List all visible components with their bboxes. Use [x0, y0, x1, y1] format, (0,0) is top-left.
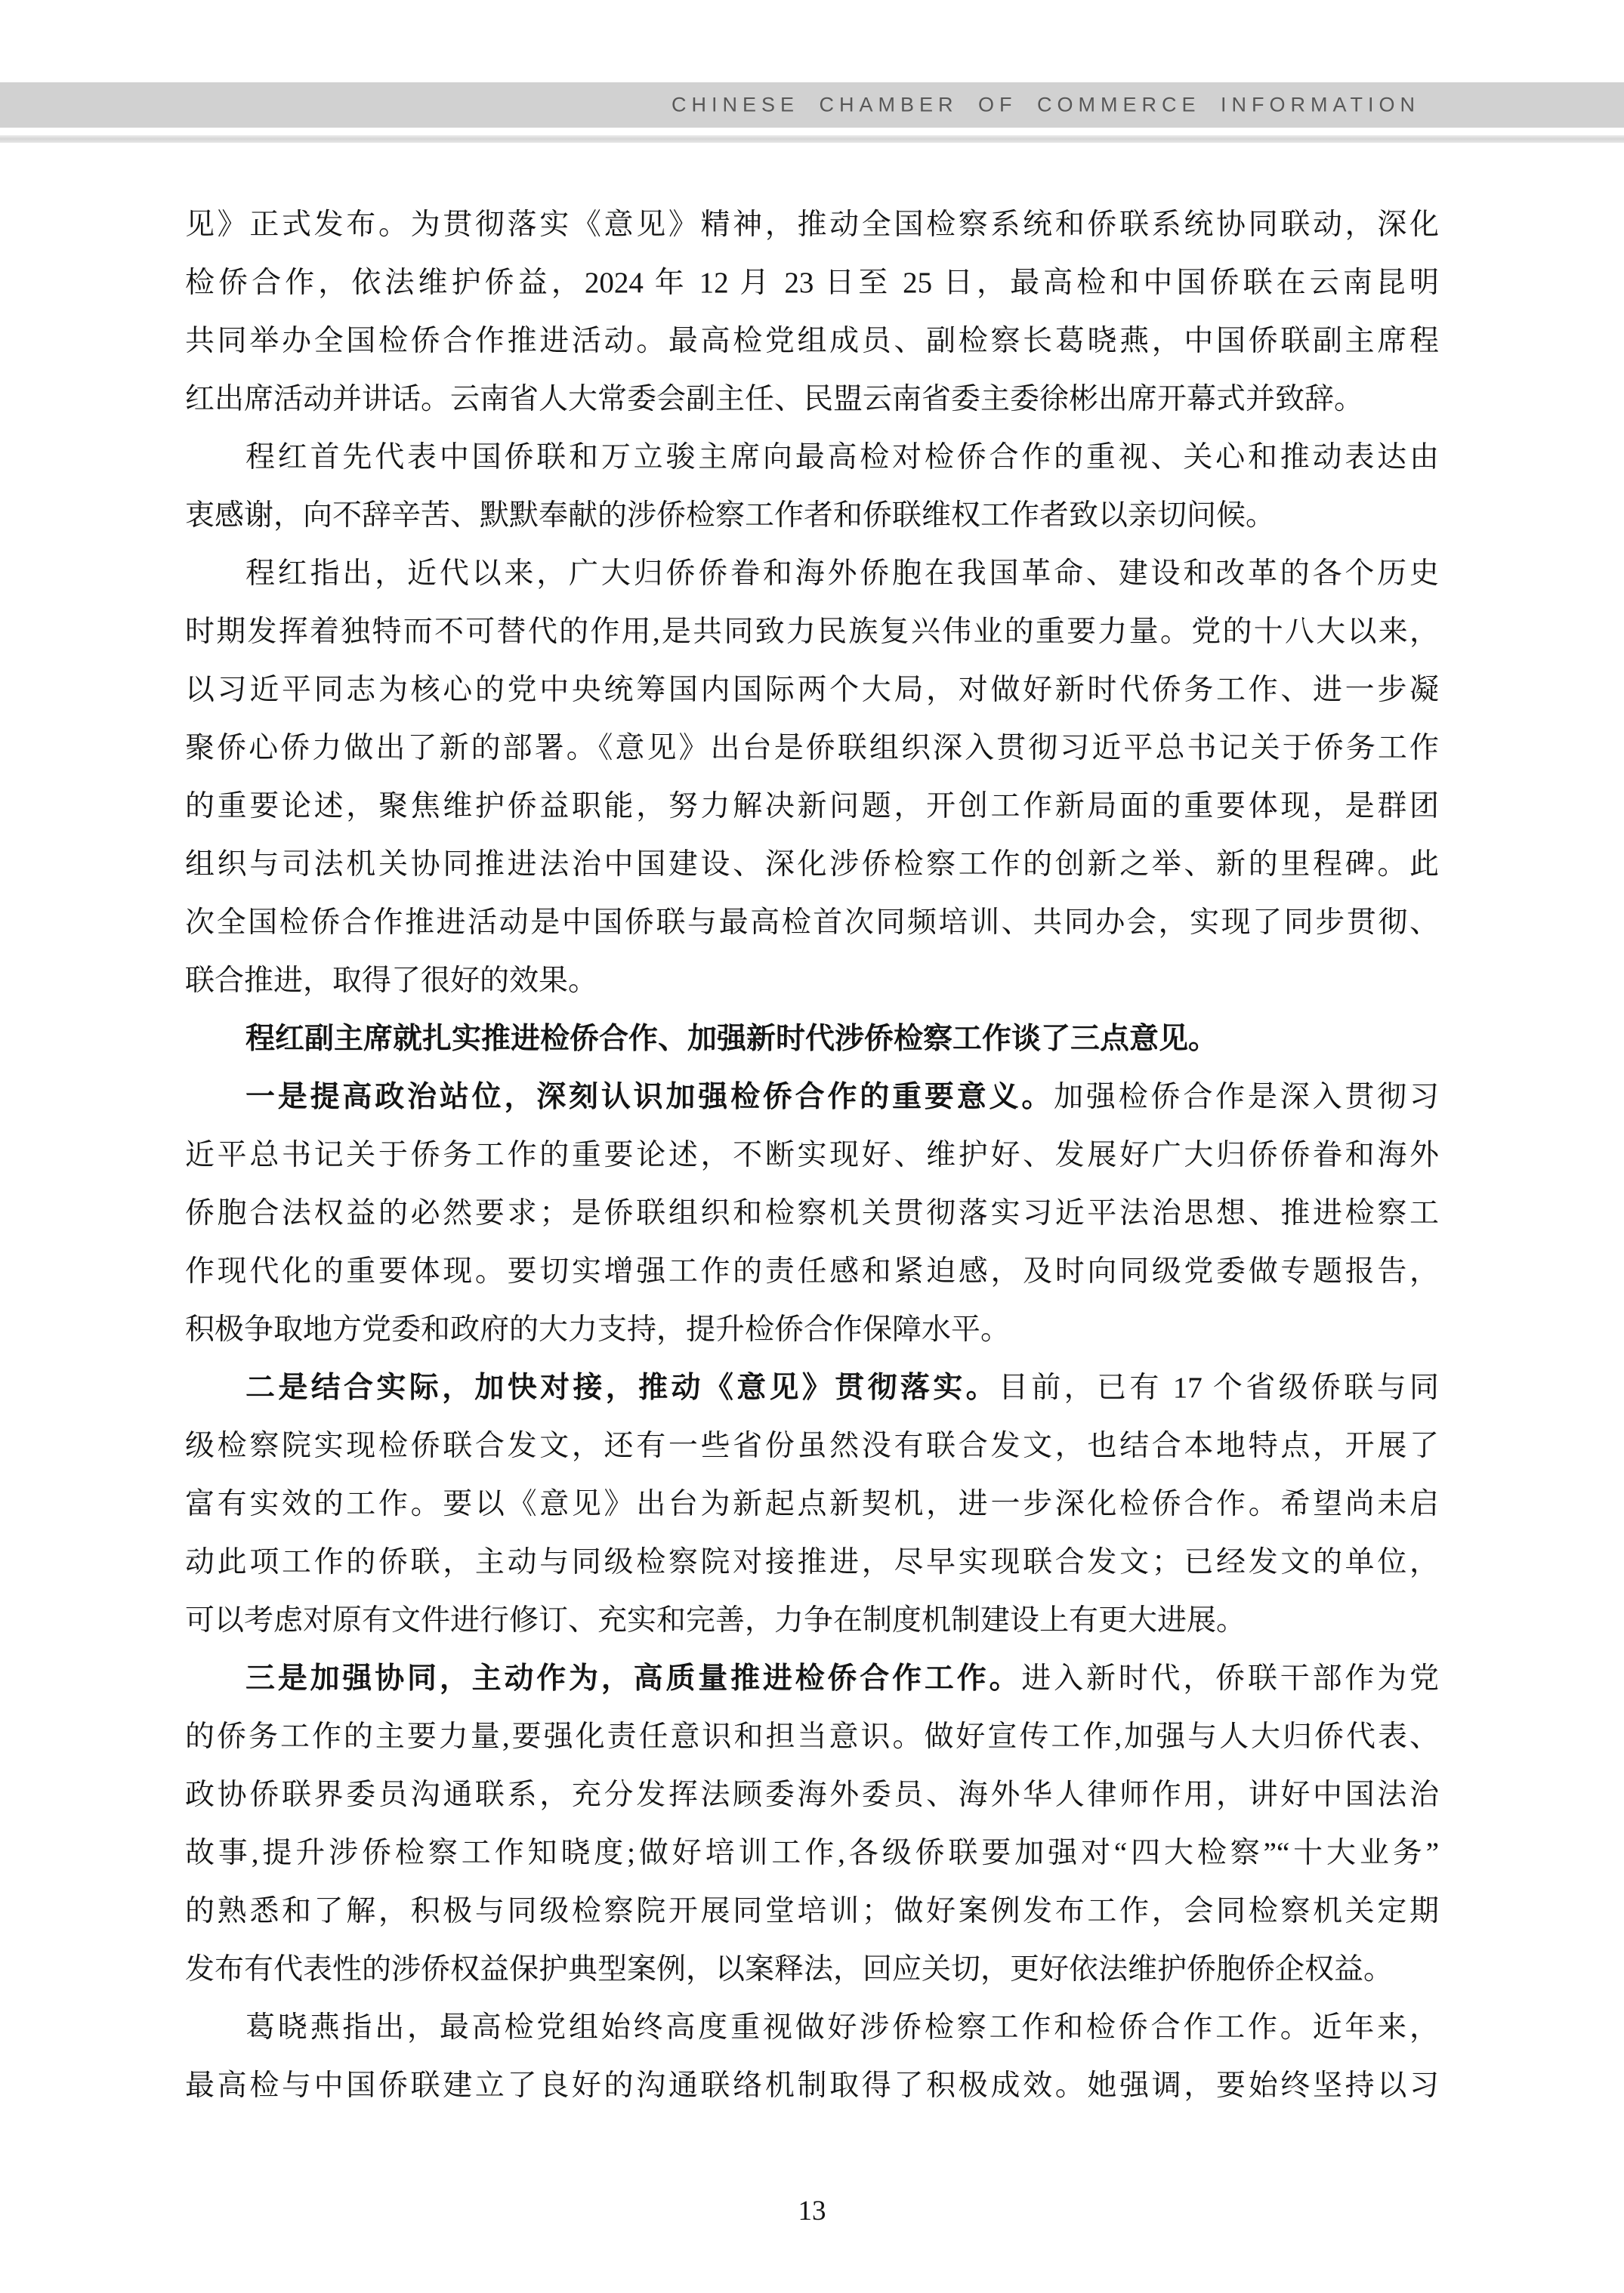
- text-segment: 动此项工作的侨联，主动与同级检察院对接推进，尽早实现联合发文；已经发文的单位，: [185, 1546, 1439, 1579]
- header-rule: [0, 135, 1624, 143]
- text-line: 聚侨心侨力做出了新的部署。《意见》出台是侨联组织深入贯彻习近平总书记关于侨务工作: [185, 719, 1439, 777]
- text-segment: 三是加强协同，主动作为，高质量推进检侨合作工作。: [245, 1662, 1021, 1695]
- text-line: 级检察院实现检侨联合发文，还有一些省份虽然没有联合发文，也结合本地特点，开展了: [185, 1417, 1439, 1475]
- article-body: 见》正式发布。为贯彻落实《意见》精神，推动全国检察系统和侨联系统协同联动，深化检…: [185, 196, 1439, 2115]
- text-segment: 二是结合实际，加快对接，推动《意见》贯彻落实。: [245, 1372, 999, 1404]
- text-line: 政协侨联界委员沟通联系，充分发挥法顾委海外委员、海外华人律师作用，讲好中国法治: [185, 1766, 1439, 1824]
- document-page: CHINESE CHAMBER OF COMMERCE INFORMATION …: [0, 0, 1624, 2293]
- text-line: 联合推进，取得了很好的效果。: [185, 952, 1439, 1010]
- text-segment: 作现代化的重要体现。要切实增强工作的责任感和紧迫感，及时向同级党委做专题报告，: [185, 1255, 1439, 1288]
- text-segment: 发布有代表性的涉侨权益保护典型案例，以案释法，回应关切，更好依法维护侨胞侨企权益…: [185, 1953, 1393, 1986]
- text-line: 共同举办全国检侨合作推进活动。最高检党组成员、副检察长葛晓燕，中国侨联副主席程: [185, 312, 1439, 370]
- text-line: 检侨合作，依法维护侨益，2024 年 12 月 23 日至 25 日，最高检和中…: [185, 254, 1439, 312]
- text-segment: 的重要论述，聚焦维护侨益职能，努力解决新问题，开创工作新局面的重要体现，是群团: [185, 790, 1439, 822]
- text-segment: 红出席活动并讲话。云南省人大常委会副主任、民盟云南省委主委徐彬出席开幕式并致辞。: [185, 383, 1363, 415]
- text-segment: 聚侨心侨力做出了新的部署。《意见》出台是侨联组织深入贯彻习近平总书记关于侨务工作: [185, 732, 1439, 764]
- page-footer: 13: [0, 2195, 1624, 2227]
- text-line: 三是加强协同，主动作为，高质量推进检侨合作工作。进入新时代，侨联干部作为党: [185, 1650, 1439, 1708]
- text-line: 程红首先代表中国侨联和万立骏主席向最高检对检侨合作的重视、关心和推动表达由: [185, 428, 1439, 486]
- text-line: 的熟悉和了解，积极与同级检察院开展同堂培训；做好案例发布工作，会同检察机关定期: [185, 1882, 1439, 1940]
- text-segment: 葛晓燕指出，最高检党组始终高度重视做好涉侨检察工作和检侨合作工作。近年来，: [245, 2011, 1439, 2044]
- text-segment: 一是提高政治站位，深刻认识加强检侨合作的重要意义。: [245, 1081, 1054, 1113]
- text-line: 衷感谢，向不辞辛苦、默默奉献的涉侨检察工作者和侨联维权工作者致以亲切问候。: [185, 486, 1439, 545]
- text-segment: 见》正式发布。为贯彻落实《意见》精神，推动全国检察系统和侨联系统协同联动，深化: [185, 208, 1439, 241]
- text-segment: 故事,提升涉侨检察工作知晓度;做好培训工作,各级侨联要加强对“四大检察”“十大业…: [185, 1837, 1439, 1869]
- text-line: 组织与司法机关协同推进法治中国建设、深化涉侨检察工作的创新之举、新的里程碑。此: [185, 835, 1439, 893]
- text-line: 故事,提升涉侨检察工作知晓度;做好培训工作,各级侨联要加强对“四大检察”“十大业…: [185, 1824, 1439, 1882]
- text-segment: 级检察院实现检侨联合发文，还有一些省份虽然没有联合发文，也结合本地特点，开展了: [185, 1430, 1439, 1462]
- text-segment: 联合推进，取得了很好的效果。: [185, 964, 597, 997]
- text-line: 作现代化的重要体现。要切实增强工作的责任感和紧迫感，及时向同级党委做专题报告，: [185, 1242, 1439, 1301]
- header-banner-text: CHINESE CHAMBER OF COMMERCE INFORMATION: [672, 94, 1420, 117]
- text-segment: 程红指出，近代以来，广大归侨侨眷和海外侨胞在我国革命、建设和改革的各个历史: [245, 557, 1439, 590]
- page-number: 13: [798, 2196, 826, 2227]
- text-line: 时期发挥着独特而不可替代的作用,是共同致力民族复兴伟业的重要力量。党的十八大以来…: [185, 603, 1439, 661]
- text-segment: 目前，已有 17 个省级侨联与同: [999, 1372, 1439, 1404]
- text-segment: 积极争取地方党委和政府的大力支持，提升检侨合作保障水平。: [185, 1313, 1010, 1346]
- text-line: 近平总书记关于侨务工作的重要论述，不断实现好、维护好、发展好广大归侨侨眷和海外: [185, 1126, 1439, 1184]
- text-segment: 时期发挥着独特而不可替代的作用,是共同致力民族复兴伟业的重要力量。党的十八大以来…: [185, 616, 1439, 648]
- text-segment: 加强检侨合作是深入贯彻习: [1054, 1081, 1439, 1113]
- text-segment: 进入新时代，侨联干部作为党: [1021, 1662, 1439, 1695]
- text-segment: 的侨务工作的主要力量,要强化责任意识和担当意识。做好宣传工作,加强与人大归侨代表…: [185, 1721, 1439, 1753]
- text-line: 最高检与中国侨联建立了良好的沟通联络机制取得了积极成效。她强调，要始终坚持以习: [185, 2057, 1439, 2115]
- text-segment: 侨胞合法权益的必然要求；是侨联组织和检察机关贯彻落实习近平法治思想、推进检察工: [185, 1197, 1439, 1230]
- text-segment: 以习近平同志为核心的党中央统筹国内国际两个大局，对做好新时代侨务工作、进一步凝: [185, 674, 1439, 706]
- text-segment: 共同举办全国检侨合作推进活动。最高检党组成员、副检察长葛晓燕，中国侨联副主席程: [185, 325, 1439, 357]
- text-line: 二是结合实际，加快对接，推动《意见》贯彻落实。目前，已有 17 个省级侨联与同: [185, 1359, 1439, 1417]
- text-line: 以习近平同志为核心的党中央统筹国内国际两个大局，对做好新时代侨务工作、进一步凝: [185, 661, 1439, 719]
- text-line: 的重要论述，聚焦维护侨益职能，努力解决新问题，开创工作新局面的重要体现，是群团: [185, 777, 1439, 835]
- header-banner: CHINESE CHAMBER OF COMMERCE INFORMATION: [0, 82, 1624, 128]
- text-line: 侨胞合法权益的必然要求；是侨联组织和检察机关贯彻落实习近平法治思想、推进检察工: [185, 1184, 1439, 1242]
- text-line: 的侨务工作的主要力量,要强化责任意识和担当意识。做好宣传工作,加强与人大归侨代表…: [185, 1708, 1439, 1766]
- text-line: 动此项工作的侨联，主动与同级检察院对接推进，尽早实现联合发文；已经发文的单位，: [185, 1533, 1439, 1591]
- text-segment: 检侨合作，依法维护侨益，2024 年 12 月 23 日至 25 日，最高检和中…: [185, 267, 1439, 299]
- text-line: 发布有代表性的涉侨权益保护典型案例，以案释法，回应关切，更好依法维护侨胞侨企权益…: [185, 1940, 1439, 1998]
- text-line: 可以考虑对原有文件进行修订、充实和完善，力争在制度机制建设上有更大进展。: [185, 1591, 1439, 1650]
- text-segment: 可以考虑对原有文件进行修订、充实和完善，力争在制度机制建设上有更大进展。: [185, 1604, 1246, 1637]
- text-line: 葛晓燕指出，最高检党组始终高度重视做好涉侨检察工作和检侨合作工作。近年来，: [185, 1998, 1439, 2057]
- text-line: 富有实效的工作。要以《意见》出台为新起点新契机，进一步深化检侨合作。希望尚未启: [185, 1475, 1439, 1533]
- text-line: 程红指出，近代以来，广大归侨侨眷和海外侨胞在我国革命、建设和改革的各个历史: [185, 545, 1439, 603]
- text-segment: 政协侨联界委员沟通联系，充分发挥法顾委海外委员、海外华人律师作用，讲好中国法治: [185, 1779, 1439, 1811]
- text-segment: 衷感谢，向不辞辛苦、默默奉献的涉侨检察工作者和侨联维权工作者致以亲切问候。: [185, 499, 1275, 532]
- text-segment: 程红首先代表中国侨联和万立骏主席向最高检对检侨合作的重视、关心和推动表达由: [245, 441, 1439, 474]
- text-line: 红出席活动并讲话。云南省人大常委会副主任、民盟云南省委主委徐彬出席开幕式并致辞。: [185, 370, 1439, 428]
- text-line: 见》正式发布。为贯彻落实《意见》精神，推动全国检察系统和侨联系统协同联动，深化: [185, 196, 1439, 254]
- text-segment: 富有实效的工作。要以《意见》出台为新起点新契机，进一步深化检侨合作。希望尚未启: [185, 1488, 1439, 1520]
- text-segment: 的熟悉和了解，积极与同级检察院开展同堂培训；做好案例发布工作，会同检察机关定期: [185, 1895, 1439, 1927]
- text-segment: 次全国检侨合作推进活动是中国侨联与最高检首次同频培训、共同办会，实现了同步贯彻、: [185, 906, 1439, 939]
- text-line: 次全国检侨合作推进活动是中国侨联与最高检首次同频培训、共同办会，实现了同步贯彻、: [185, 893, 1439, 952]
- text-segment: 组织与司法机关协同推进法治中国建设、深化涉侨检察工作的创新之举、新的里程碑。此: [185, 848, 1439, 881]
- text-segment: 程红副主席就扎实推进检侨合作、加强新时代涉侨检察工作谈了三点意见。: [245, 1023, 1218, 1055]
- text-segment: 最高检与中国侨联建立了良好的沟通联络机制取得了积极成效。她强调，要始终坚持以习: [185, 2069, 1439, 2102]
- text-segment: 近平总书记关于侨务工作的重要论述，不断实现好、维护好、发展好广大归侨侨眷和海外: [185, 1139, 1439, 1171]
- text-line: 积极争取地方党委和政府的大力支持，提升检侨合作保障水平。: [185, 1301, 1439, 1359]
- text-line: 一是提高政治站位，深刻认识加强检侨合作的重要意义。加强检侨合作是深入贯彻习: [185, 1068, 1439, 1126]
- text-line: 程红副主席就扎实推进检侨合作、加强新时代涉侨检察工作谈了三点意见。: [185, 1010, 1439, 1068]
